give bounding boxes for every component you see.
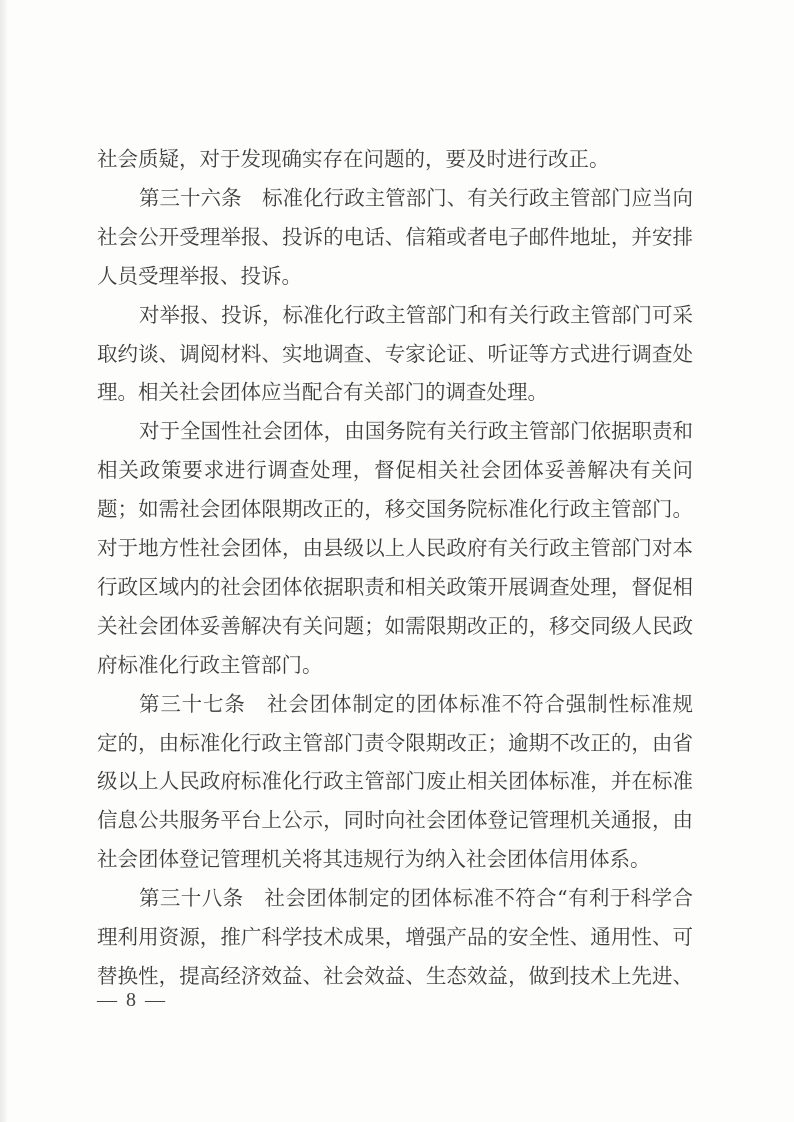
- text-line: 社会团体登记管理机关将其违规行为纳入社会团体信用体系。: [97, 840, 693, 879]
- text-line: 关社会团体妥善解决有关问题；如需限期改正的，移交同级人民政: [97, 607, 693, 646]
- scan-edge-shadow: [0, 0, 8, 1122]
- text-line: 题；如需社会团体限期改正的，移交国务院标准化行政主管部门。: [97, 490, 693, 529]
- text-line: 理利用资源，推广科学技术成果，增强产品的安全性、通用性、可: [97, 918, 693, 957]
- text-line: 替换性，提高经济效益、社会效益、生态效益，做到技术上先进、: [97, 957, 693, 996]
- page-number: — 8 —: [97, 988, 167, 1012]
- article-36-heading-line: 第三十六条 标准化行政主管部门、有关行政主管部门应当向: [139, 179, 693, 218]
- text-line: 社会公开受理举报、投诉的电话、信箱或者电子邮件地址，并安排: [97, 218, 693, 257]
- paragraph-start-line: 对举报、投诉，标准化行政主管部门和有关行政主管部门可采: [139, 296, 693, 335]
- text-line: 相关政策要求进行调查处理，督促相关社会团体妥善解决有关问: [97, 451, 693, 490]
- text-line: 级以上人民政府标准化行政主管部门废止相关团体标准，并在标准: [97, 762, 693, 801]
- text-line: 理。相关社会团体应当配合有关部门的调查处理。: [97, 373, 693, 412]
- text-line: 取约谈、调阅材料、实地调查、专家论证、听证等方式进行调查处: [97, 335, 693, 374]
- article-37-heading-line: 第三十七条 社会团体制定的团体标准不符合强制性标准规: [139, 685, 693, 724]
- text-line: 社会质疑，对于发现确实存在问题的，要及时进行改正。: [97, 140, 693, 179]
- paragraph-start-line: 对于全国性社会团体，由国务院有关行政主管部门依据职责和: [139, 412, 693, 451]
- text-line: 定的，由标准化行政主管部门责令限期改正；逾期不改正的，由省: [97, 724, 693, 763]
- text-line: 信息公共服务平台上公示，同时向社会团体登记管理机关通报，由: [97, 801, 693, 840]
- text-line: 府标准化行政主管部门。: [97, 646, 693, 685]
- text-line: 行政区域内的社会团体依据职责和相关政策开展调查处理，督促相: [97, 568, 693, 607]
- article-38-heading-line: 第三十八条 社会团体制定的团体标准不符合“有利于科学合: [139, 879, 693, 918]
- text-line: 对于地方性社会团体，由县级以上人民政府有关行政主管部门对本: [97, 529, 693, 568]
- text-line: 人员受理举报、投诉。: [97, 257, 693, 296]
